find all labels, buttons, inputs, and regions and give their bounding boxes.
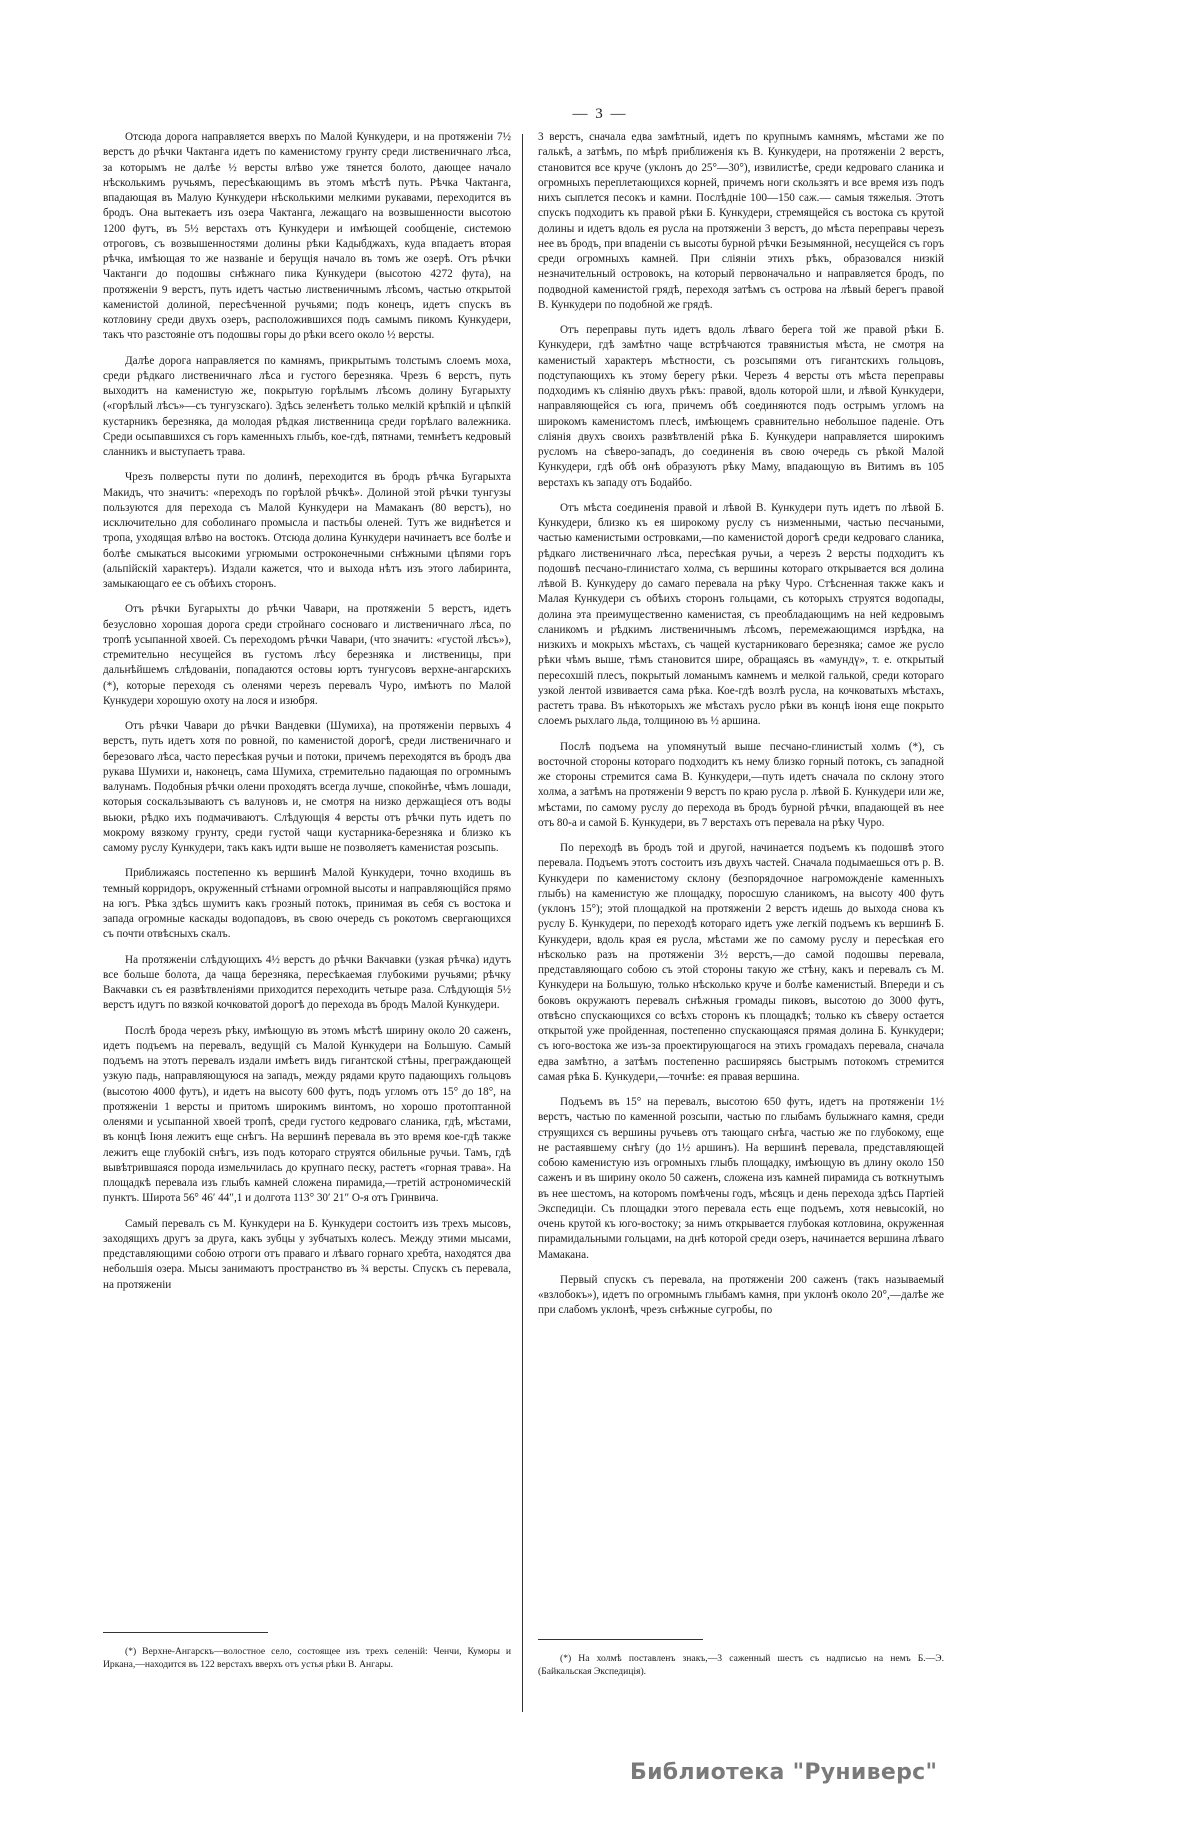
paragraph: Отъ мѣста соединенія правой и лѣвой В. К… bbox=[538, 501, 944, 730]
paragraph: Первый спускъ съ перевала, на протяженіи… bbox=[538, 1273, 944, 1319]
left-footnote-block: (*) Верхне-Ангарскъ—волостное село, сост… bbox=[103, 1618, 511, 1671]
paragraph: По переходѣ въ бродъ той и другой, начин… bbox=[538, 841, 944, 1085]
paragraph: Послѣ подъема на упомянутый выше песчано… bbox=[538, 740, 944, 832]
right-column: 3 верстъ, сначала едва замѣтный, идетъ п… bbox=[538, 130, 944, 1329]
paragraph: Самый перевалъ съ М. Кункудери на Б. Кун… bbox=[103, 1217, 511, 1293]
paragraph: Отъ рѣчки Бугарыхты до рѣчки Чавари, на … bbox=[103, 602, 511, 709]
paragraph: 3 верстъ, сначала едва замѣтный, идетъ п… bbox=[538, 130, 944, 313]
paragraph: Отъ переправы путь идетъ вдоль лѣваго бе… bbox=[538, 323, 944, 491]
library-watermark: Библиотека "Руниверс" bbox=[630, 1760, 937, 1785]
footnote-rule bbox=[103, 1632, 268, 1633]
paragraph: Послѣ брода черезъ рѣку, имѣющую въ этом… bbox=[103, 1024, 511, 1207]
paragraph: Подъемъ въ 15° на перевалъ, высотою 650 … bbox=[538, 1095, 944, 1263]
footnote: (*) На холмѣ поставленъ знакъ,—3 саженны… bbox=[538, 1652, 944, 1678]
paragraph: На протяженіи слѣдующихъ 4½ верстъ до рѣ… bbox=[103, 953, 511, 1014]
paragraph: Отъ рѣчки Чавари до рѣчки Вандевки (Шуми… bbox=[103, 719, 511, 856]
left-column: Отсюда дорога направляется вверхъ по Мал… bbox=[103, 130, 511, 1303]
paragraph: Отсюда дорога направляется вверхъ по Мал… bbox=[103, 130, 511, 344]
footnote-rule bbox=[538, 1639, 703, 1640]
page-number: — 3 — bbox=[560, 106, 640, 123]
column-divider bbox=[522, 134, 523, 1712]
paragraph: Чрезъ полверсты пути по долинѣ, переходи… bbox=[103, 470, 511, 592]
paragraph: Далѣе дорога направляется по камнямъ, пр… bbox=[103, 354, 511, 461]
right-footnote-block: (*) На холмѣ поставленъ знакъ,—3 саженны… bbox=[538, 1625, 944, 1678]
footnote: (*) Верхне-Ангарскъ—волостное село, сост… bbox=[103, 1645, 511, 1671]
paragraph: Приближаясь постепенно къ вершинѣ Малой … bbox=[103, 866, 511, 942]
